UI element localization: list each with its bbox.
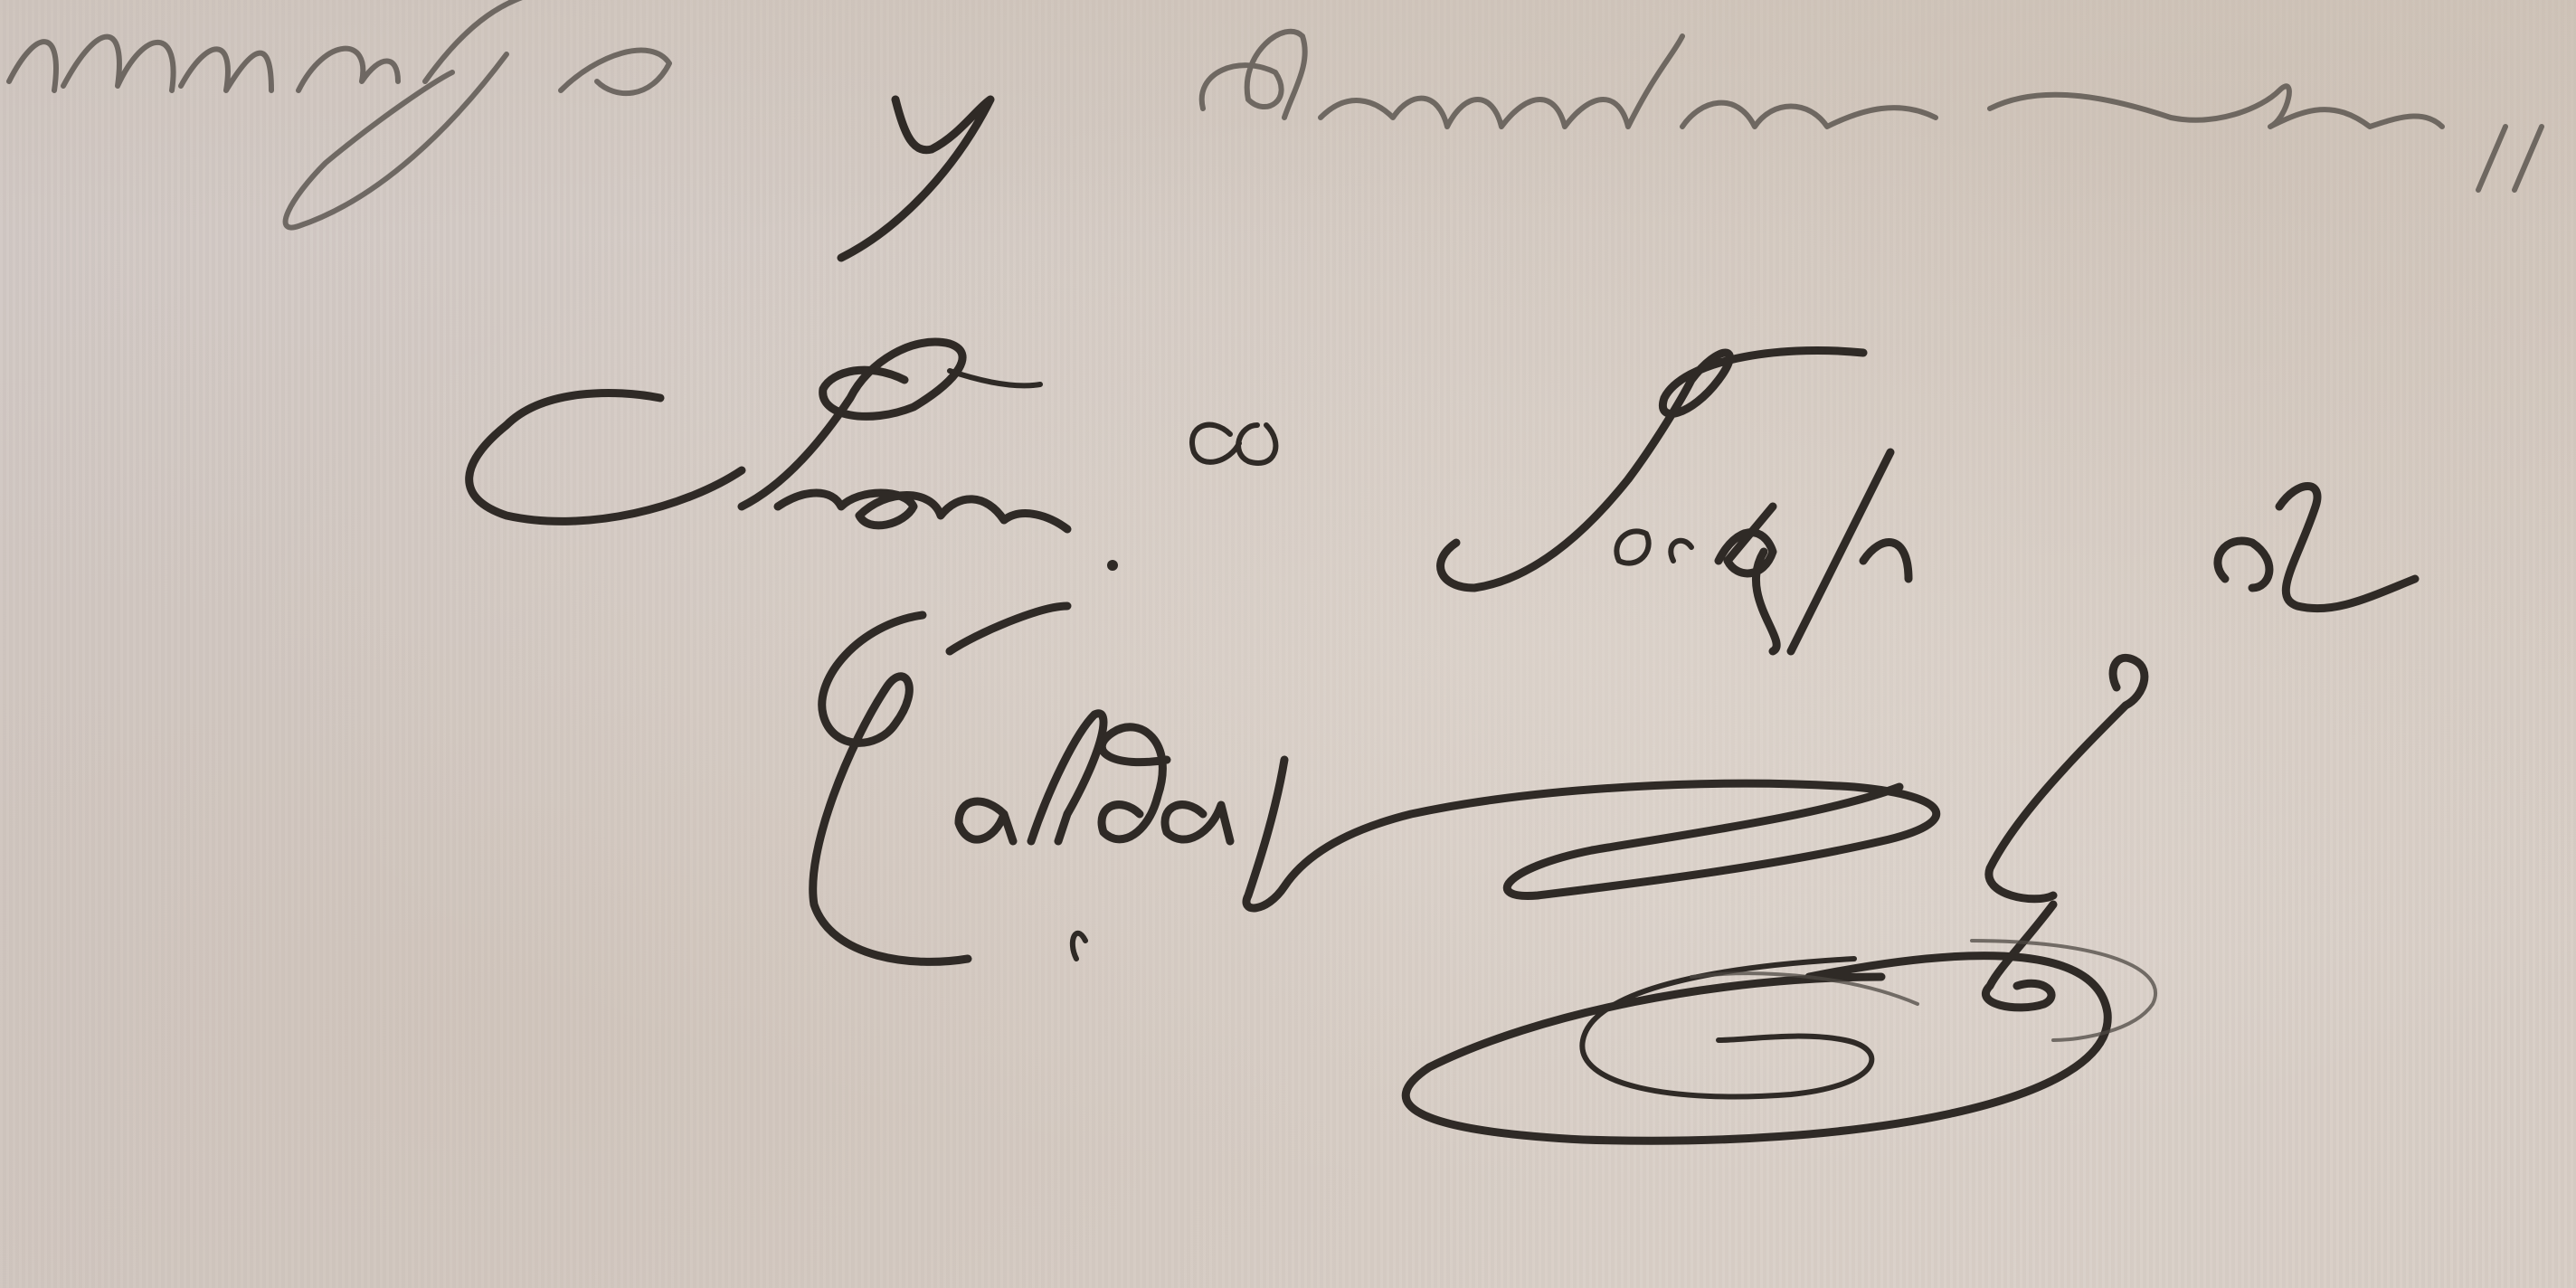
date-strokes bbox=[1202, 32, 2542, 190]
signature-fran-strokes bbox=[469, 342, 1276, 571]
signature-caldas-strokes bbox=[813, 606, 2145, 961]
preceding-word-strokes bbox=[9, 0, 669, 228]
handwriting-ink bbox=[0, 0, 2576, 1288]
signature-joseph-strokes bbox=[1441, 350, 2415, 651]
conjunction-y-strokes bbox=[841, 99, 990, 258]
signature-rubric-strokes bbox=[1406, 904, 2155, 1141]
